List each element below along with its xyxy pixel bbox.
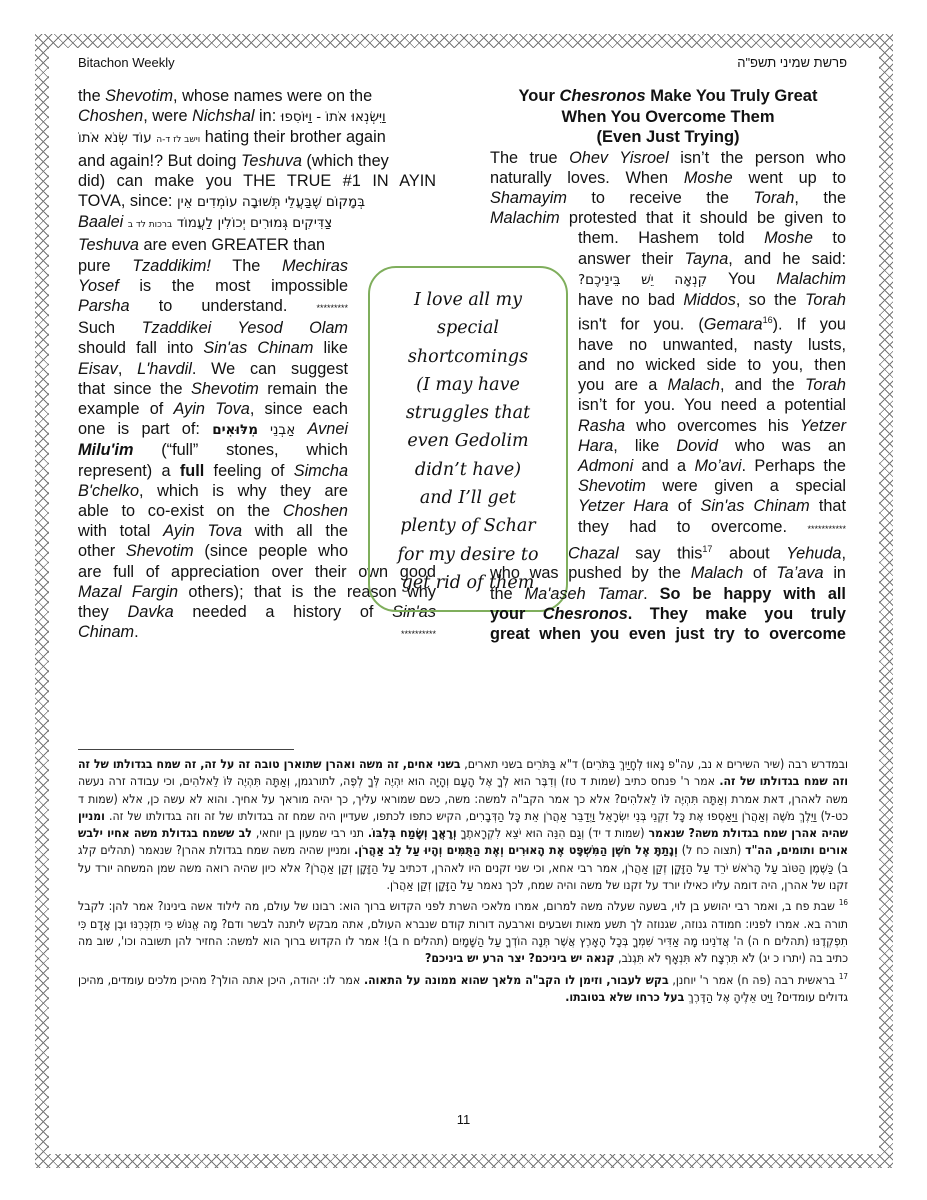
text-line: with total Ayin Tova with all the <box>78 521 348 541</box>
text-line: Yetzer Hara of Sin'as Chinam that <box>578 496 846 516</box>
text-line: Eisav, L'havdil. We can suggest <box>78 359 348 379</box>
text-line: Hara, like Dovid who was an <box>578 436 846 456</box>
text-line: you are a Malach, and the Torah <box>578 375 846 395</box>
footnote-17: 17 בראשית רבה (פה ח) אמר ר' יוחנן, בקש ל… <box>78 968 848 1007</box>
text-line: B'chelko, which is why they are <box>78 481 348 501</box>
page-header: Bitachon Weekly פרשת שמיני תשפ"ה <box>78 55 847 73</box>
text-line: should fall into Sin'as Chinam like <box>78 338 348 358</box>
publication-title: Bitachon Weekly <box>78 55 175 70</box>
text-line: Parsha to understand. ********* <box>78 296 348 318</box>
text-line: Chazal say this17 about Yehuda, <box>490 539 846 564</box>
footnote-15-continued: ובמדרש רבה (שיר השירים א נב, עה"פ נָאווּ… <box>78 756 848 894</box>
text-line: and no wicked side to you, then <box>578 355 846 375</box>
footnote-ref-16[interactable]: 16 <box>763 315 773 325</box>
text-line: Yosef is the most impossible <box>78 276 348 296</box>
footnote-ref-17[interactable]: 17 <box>702 544 712 554</box>
footnote-16: 16 שבת פח ב, ואמר רבי יהושע בן לוי, בשעה… <box>78 894 848 967</box>
right-column: Your Chesronos Make You Truly Great When… <box>490 86 846 644</box>
text-line: Baalei צַדִּיקִים גְּמוּרִים יְכוֹלִין ל… <box>78 212 436 235</box>
text-line: that since the Shevotim remain the <box>78 379 348 399</box>
text-line: וישב לז ד-ה עוֹד שְׂנֹא אֹתוֹ hating the… <box>78 127 436 150</box>
text-line: Shevotim were given a special <box>578 476 846 496</box>
text-line: answer their Tayna, and he said: <box>578 249 846 269</box>
text-line: naturally loves. When Moshe went up to <box>490 168 846 188</box>
text-line: TOVA, since: בְּמָקוֹם שֶׁבַּעֲלֵי תְּשׁ… <box>78 191 436 212</box>
footnote-separator <box>78 749 294 750</box>
text-line: Teshuva are even GREATER than <box>78 235 348 255</box>
text-line: who was pushed by the Malach of Ta’ava i… <box>490 563 846 583</box>
text-line: Rasha who overcomes his Yetzer <box>578 416 846 436</box>
text-line: other Shevotim (since people who <box>78 541 348 561</box>
text-line: pure Tzaddikim! The Mechiras <box>78 256 348 276</box>
text-line: Malachim protested that it should be giv… <box>490 208 846 228</box>
text-line: isn't for you. (Gemara16). If you <box>578 310 846 335</box>
text-line: Such Tzaddikei Yesod Olam <box>78 318 348 338</box>
text-line: one is part of: אַבְנֵי מִלּוּאִים Avnei <box>78 419 348 440</box>
parsha-title: פרשת שמיני תשפ"ה <box>737 55 847 70</box>
text-line: able to co-exist on the Choshen <box>78 501 348 521</box>
text-line: example of Ayin Tova, since each <box>78 399 348 419</box>
text-line: did) can make you THE TRUE #1 IN AYIN <box>78 171 436 191</box>
text-line: and again!? But doing Teshuva (which the… <box>78 151 436 171</box>
text-line: them. Hashem told Moshe to <box>578 228 846 248</box>
text-line: your Chesronos. They make you truly <box>490 604 846 624</box>
page-number: 11 <box>0 1112 927 1127</box>
text-line: the Shevotim, whose names were on the <box>78 86 436 106</box>
text-line: Shamayim to receive the Torah, the <box>490 188 846 208</box>
text-line: Choshen, were Nichshal in: וַיִּשְׂנְאוּ… <box>78 106 436 127</box>
text-line: קִנְאָה יֵשׁ בֵּינֵיכֶם? You Malachim <box>578 269 846 290</box>
footnotes-section: ובמדרש רבה (שיר השירים א נב, עה"פ נָאווּ… <box>78 756 848 1006</box>
text-line: great when you even just try to overcome <box>490 624 846 644</box>
text-line: Chinam. ********** <box>78 622 436 644</box>
article-heading: Your Chesronos Make You Truly Great When… <box>490 86 846 148</box>
text-line: Milu'im (“full” stones, which <box>78 440 348 460</box>
text-line: represent) a full feeling of Simcha <box>78 461 348 481</box>
text-line: The true Ohev Yisroel isn’t the person w… <box>490 148 846 168</box>
text-line: isn’t for you. You need a potential <box>578 395 846 415</box>
text-line: have no unwanted, nasty lusts, <box>578 335 846 355</box>
text-line: have no bad Middos, so the Torah <box>578 290 846 310</box>
text-line: they had to overcome. *********** <box>578 517 846 539</box>
text-line: Admoni and a Mo’avi. Perhaps the <box>578 456 846 476</box>
text-line: the Ma'aseh Tamar. So be happy with all <box>490 584 846 604</box>
